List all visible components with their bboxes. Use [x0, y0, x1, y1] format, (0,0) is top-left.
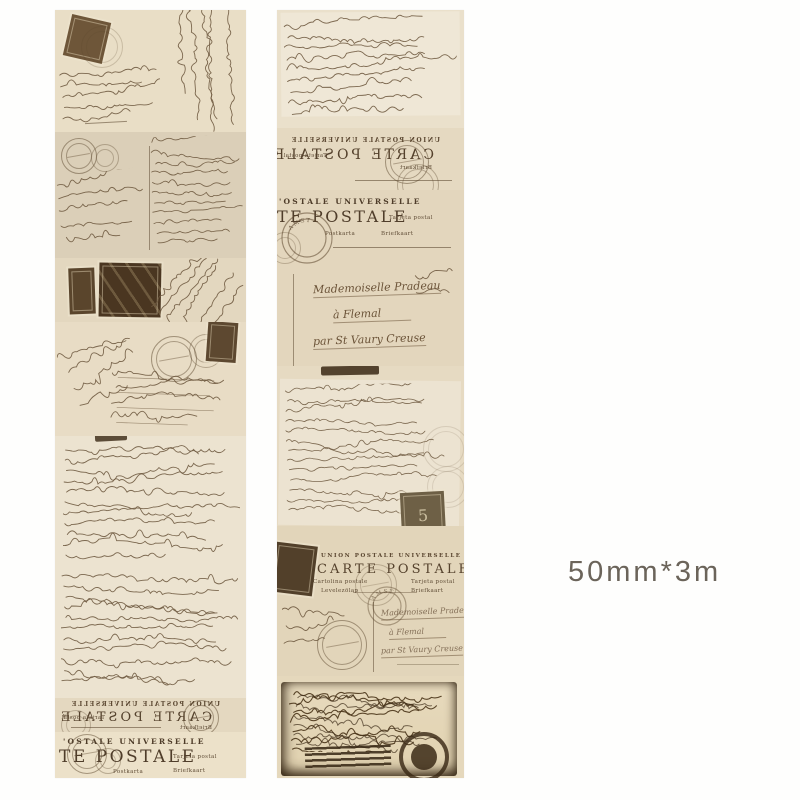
blanc-stamp-icon: 5 — [400, 491, 446, 526]
semeuse-stamp-icon — [277, 542, 318, 597]
postcard-header-mirrored: UNION POSTALE UNIVERSELLE CARTE POSTALE … — [55, 698, 246, 732]
postcard-header-mirrored: UNION POSTALE UNIVERSELLE CARTE POSTALE … — [277, 128, 464, 190]
ink-bar — [321, 366, 379, 376]
tarjeta-postal-label: Tarjeta postal — [411, 580, 455, 586]
postcard-address-card — [55, 322, 246, 436]
printed-text-block — [305, 745, 392, 770]
postale-universelle-line: 'OSTALE UNIVERSELLE — [63, 738, 206, 746]
handwriting-paragraph — [283, 10, 460, 118]
postmark-icon — [81, 26, 123, 68]
postale-universelle-line: 'OSTALE UNIVERSELLE — [279, 198, 422, 206]
address-rule — [333, 247, 451, 248]
ink-smudge — [95, 436, 127, 442]
tarjeta-postal-label: Tarjeta postal — [283, 154, 327, 160]
size-label: 50mm*3m — [568, 556, 721, 589]
postkarta-label: Postkarta — [113, 770, 143, 776]
address-line-vaury: par St Vaury Creuse — [313, 332, 426, 350]
handwritten-letter-page — [55, 436, 246, 698]
handwriting-address — [110, 366, 242, 436]
tarjeta-postal-label: Tarjeta postal — [389, 216, 433, 222]
postcard-message-card — [55, 10, 246, 132]
handwritten-letter-page — [277, 10, 464, 128]
postcard-header-cropped: 'OSTALE UNIVERSELLE TE POSTALE Tarjeta p… — [55, 732, 246, 778]
tarjeta-postal-label: Tarjeta postal — [173, 755, 217, 761]
postmark-icon — [423, 426, 464, 472]
postcard-divider-line — [373, 602, 374, 672]
postmark-icon — [317, 620, 367, 670]
address-line-vaury: par St Vaury Creuse — [381, 645, 463, 659]
handwriting-script — [174, 10, 239, 132]
tape-strip-right: UNION POSTALE UNIVERSELLE CARTE POSTALE … — [277, 10, 464, 778]
postcard-divider-line — [293, 274, 294, 366]
tape-strip-left: UNION POSTALE UNIVERSELLE CARTE POSTALE … — [55, 10, 246, 778]
handwriting-paragraph — [63, 442, 240, 564]
address-rule — [397, 664, 459, 665]
postcard-address-card: 'OSTALE UNIVERSELLE TE POSTALE Tarjeta p… — [277, 190, 464, 366]
product-photo-canvas: { "label": { "size": "50mm*3m" }, "tape"… — [0, 0, 800, 800]
old-letter-card — [277, 676, 464, 778]
postage-stamp-icon — [68, 268, 96, 315]
svg-text:AMST: AMST — [370, 589, 395, 602]
handwriting-script — [59, 63, 163, 128]
postcard-address-card: UNION POSTALE UNIVERSELLE CARTE POSTALE … — [277, 526, 464, 676]
postmark-icon — [183, 700, 219, 732]
handwriting-script — [55, 167, 149, 251]
amsterdam-postmark-icon: AMST — [365, 584, 409, 628]
address-line-flemal: à Flemal — [389, 627, 446, 640]
address-line-flemal: à Flemal — [333, 307, 412, 324]
postmark-icon — [91, 144, 119, 172]
stamp-value: 5 — [400, 491, 446, 526]
postcard-divider-line — [149, 146, 150, 250]
svg-text:AMST: AMST — [287, 218, 311, 232]
postcard-address-card — [55, 132, 246, 258]
stamps-block — [55, 258, 246, 322]
handwriting-script — [150, 135, 245, 253]
briefkaart-label: Briefkaart — [381, 232, 413, 238]
handwriting-paragraph — [61, 570, 240, 694]
postmark-icon — [61, 710, 91, 732]
semeuse-stamp-icon — [206, 322, 239, 363]
address-line-mademoiselle: Mademoiselle Pradeau — [381, 606, 464, 620]
wax-seal-postmark-icon — [399, 732, 449, 778]
handwritten-note-page: 5 — [277, 366, 464, 526]
briefkaart-label: Briefkaart — [173, 769, 205, 775]
address-rule — [353, 592, 417, 593]
union-postale-line: UNION POSTALE UNIVERSELLE — [321, 554, 462, 560]
